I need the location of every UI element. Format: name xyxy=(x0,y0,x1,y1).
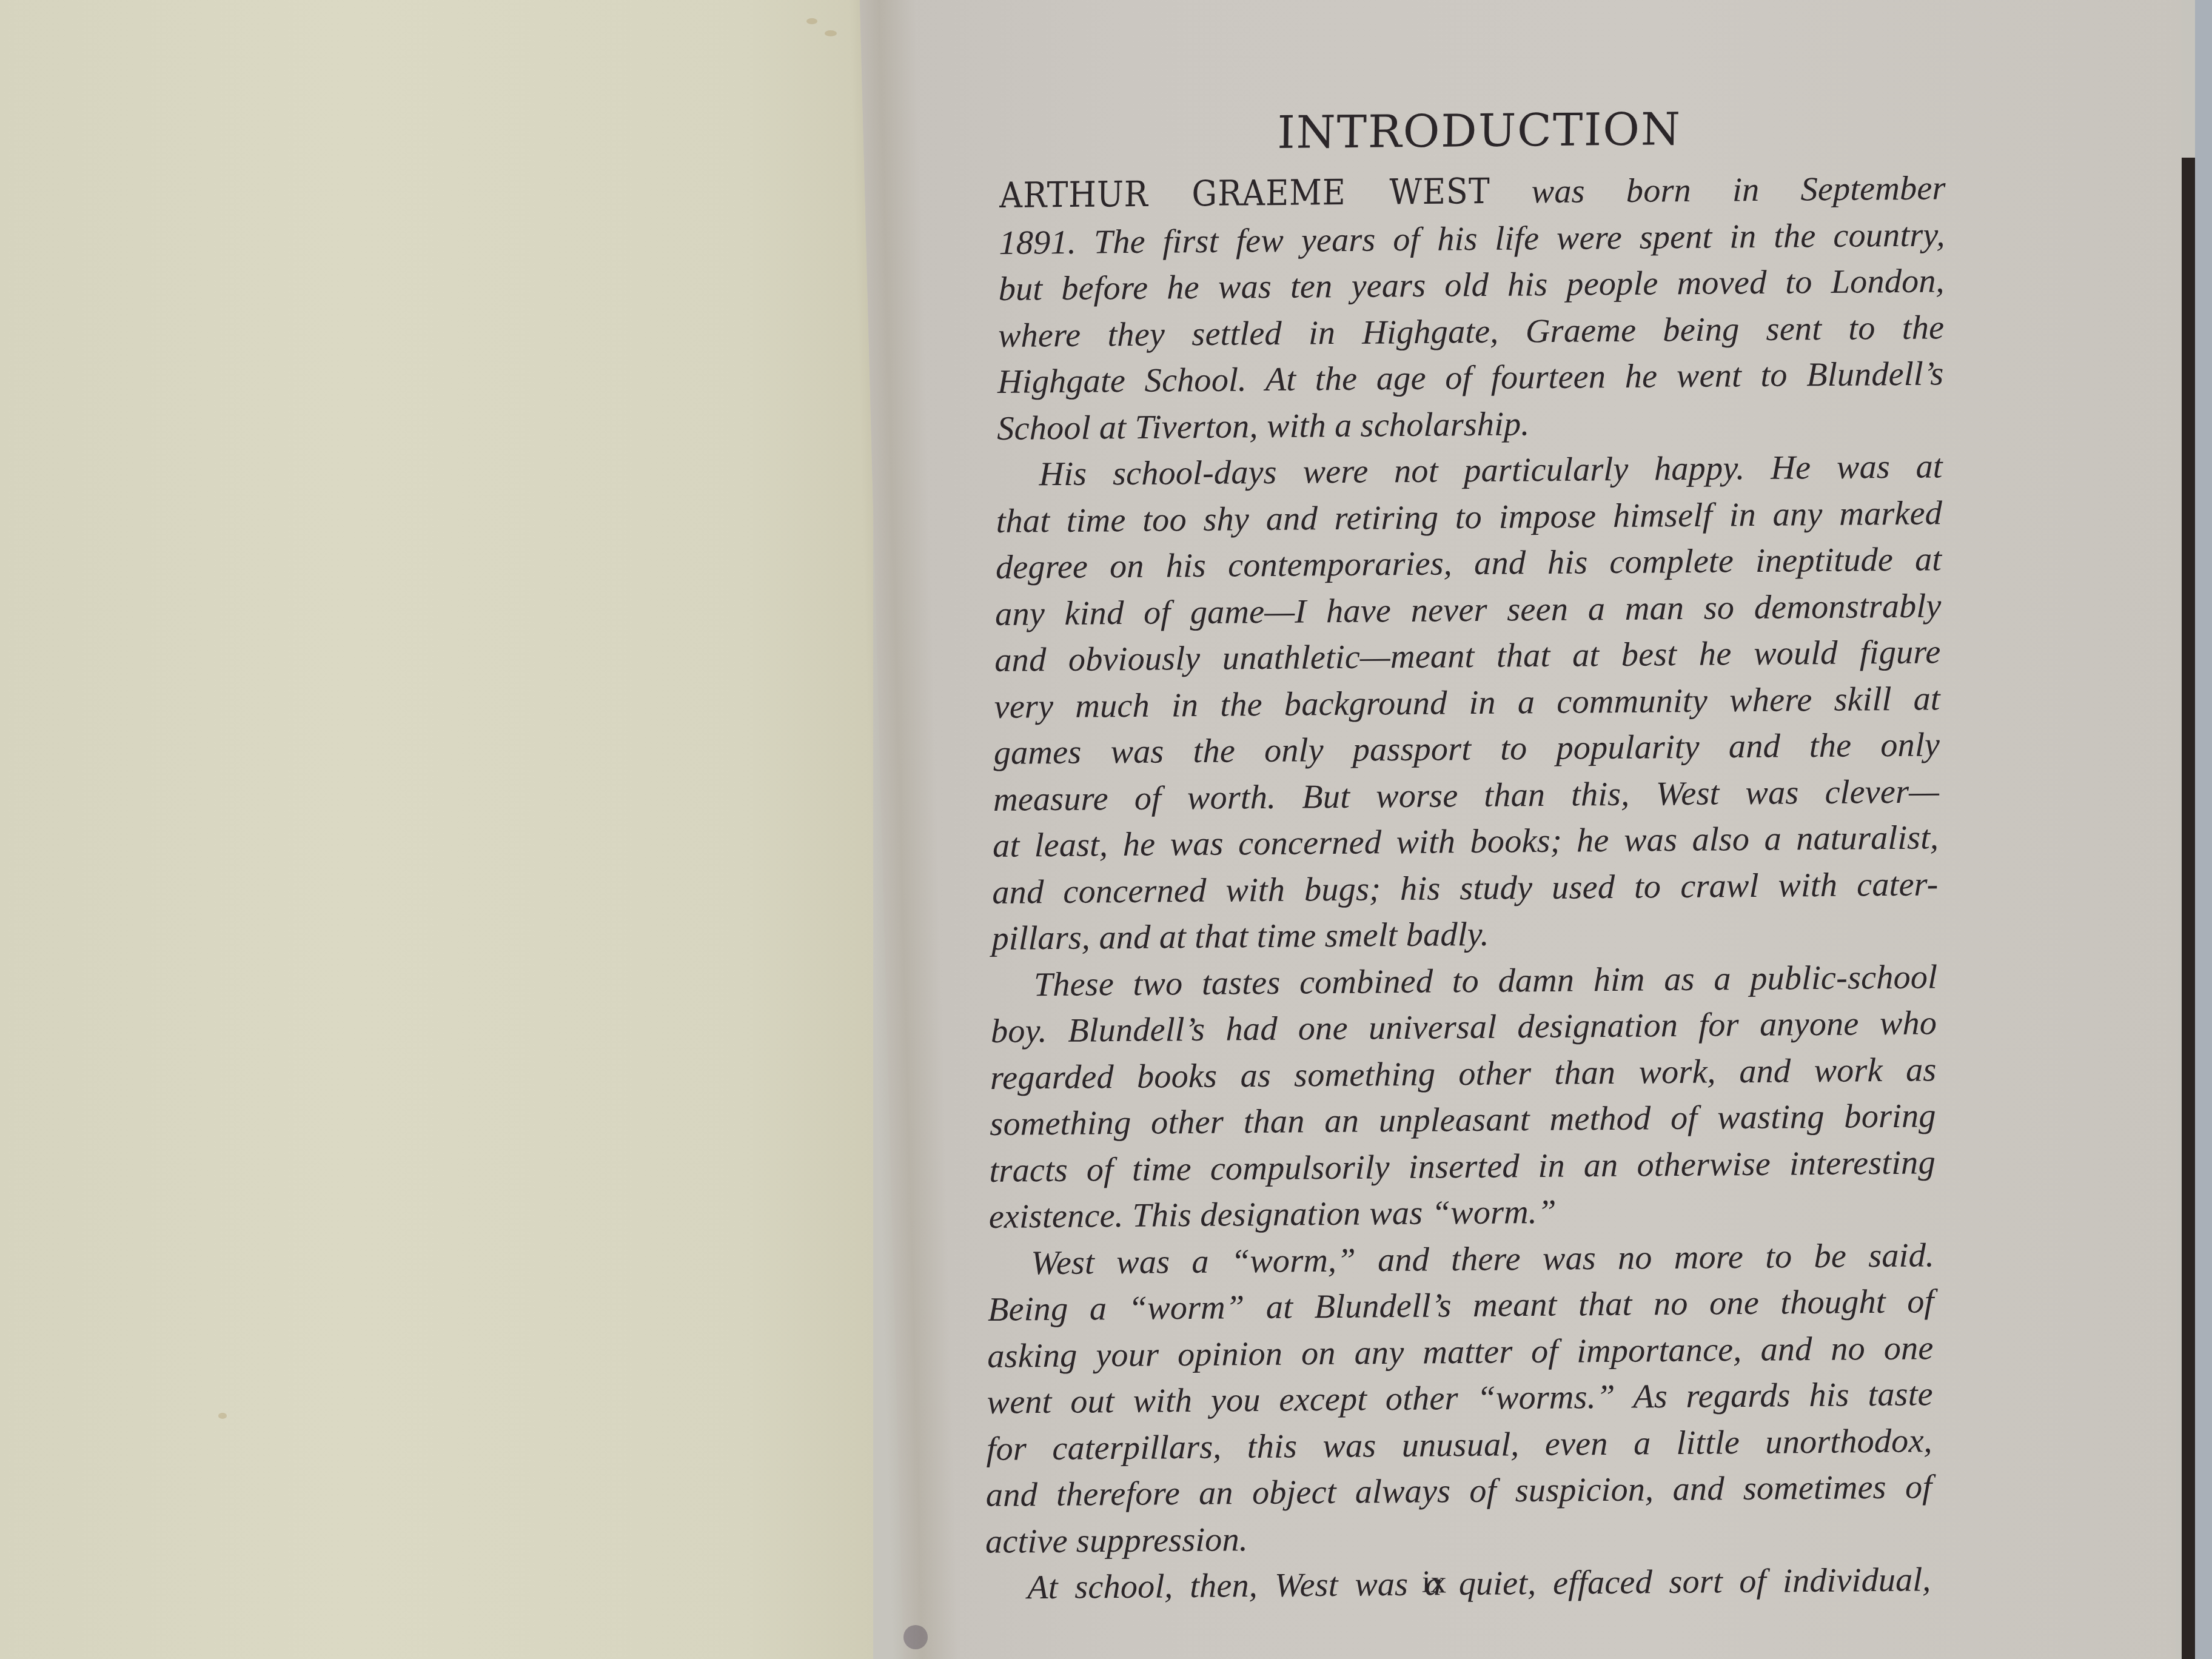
paragraph-3: These two tastes combined to damn him as… xyxy=(988,954,1937,1241)
left-blank-page xyxy=(0,0,873,1659)
text-line: regarded books as something other than w… xyxy=(990,1047,1937,1101)
background-surface xyxy=(2195,0,2212,1659)
author-name-caps: ARTHUR GRAEME WEST xyxy=(999,170,1490,216)
paragraph-1: ARTHUR GRAEME WEST was born in September… xyxy=(997,164,1946,452)
paper-stain xyxy=(825,30,837,36)
page-text-block: INTRODUCTION ARTHUR GRAEME WEST was born… xyxy=(985,101,1946,1611)
paragraph-5: At school, then, West was a quiet, effac… xyxy=(985,1557,1931,1611)
text-line: and obviously unathletic—meant that at b… xyxy=(994,629,1941,683)
text-line: any kind of game—I have never seen a man… xyxy=(995,583,1942,637)
text-line: Being a “worm” at Blundell’s meant that … xyxy=(988,1278,1934,1333)
text-line: School at Tiverton, with a scholarship. xyxy=(997,397,1943,452)
paragraph-2: His school-days were not particularly ha… xyxy=(991,443,1943,962)
text-line: Highgate School. At the age of fourteen … xyxy=(997,350,1944,405)
text-line: where they settled in Highgate, Graeme b… xyxy=(998,304,1945,359)
text-line: at least, he was concerned with books; h… xyxy=(993,814,1939,869)
text-line: 1891. The first few years of his life we… xyxy=(999,212,1945,266)
text-line: very much in the background in a communi… xyxy=(994,675,1940,730)
text-line: existence. This designation was “worm.” xyxy=(988,1185,1935,1240)
text-line: These two tastes combined to damn him as… xyxy=(991,954,1937,1008)
text-line: His school-days were not particularly ha… xyxy=(996,443,1943,498)
text-line: active suppression. xyxy=(985,1510,1932,1565)
text-line: measure of worth. But worse than this, W… xyxy=(993,768,1940,823)
text-line: but before he was ten years old his peop… xyxy=(998,258,1945,312)
text-line: boy. Blundell’s had one universal design… xyxy=(991,1000,1937,1054)
text-line: for caterpillars, this was unusual, even… xyxy=(986,1418,1932,1472)
text-line: West was a “worm,” and there was no more… xyxy=(988,1232,1935,1287)
book-spread: INTRODUCTION ARTHUR GRAEME WEST was born… xyxy=(0,0,2212,1659)
text-line: and concerned with bugs; his study used … xyxy=(992,861,1939,916)
chapter-title: INTRODUCTION xyxy=(1006,101,1952,161)
text-line: tracts of time compulsorily inserted in … xyxy=(989,1139,1935,1194)
text-line: went out with you except other “worms.” … xyxy=(987,1371,1933,1426)
text-line: that time too shy and retiring to impose… xyxy=(996,490,1942,545)
text-line: pillars, and at that time smelt badly. xyxy=(991,907,1938,962)
page-number: ix xyxy=(1421,1564,1447,1600)
text-line: games was the only passport to popularit… xyxy=(993,722,1940,776)
paper-stain xyxy=(806,18,817,24)
paragraph-4: West was a “worm,” and there was no more… xyxy=(985,1232,1935,1565)
paper-stain xyxy=(218,1413,227,1419)
text-line: At school, then, West was a quiet, effac… xyxy=(985,1557,1931,1611)
book-cover-edge xyxy=(2182,158,2195,1659)
text-line: degree on his contemporaries, and his co… xyxy=(996,536,1942,591)
ink-smudge xyxy=(903,1625,928,1649)
text-line: something other than an unpleasant metho… xyxy=(990,1093,1936,1147)
text-line: asking your opinion on any matter of imp… xyxy=(987,1325,1934,1379)
text-line: and therefore an object always of suspic… xyxy=(986,1464,1932,1518)
